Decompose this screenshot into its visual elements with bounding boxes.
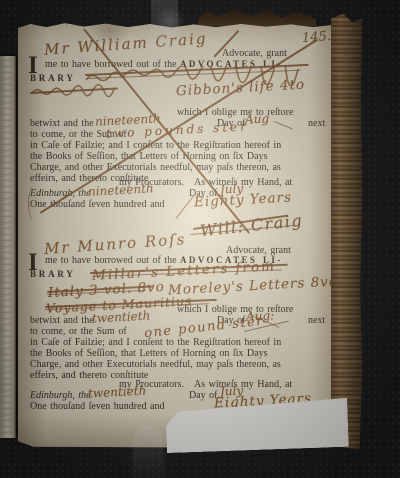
ink-flourish bbox=[176, 195, 195, 219]
printed-betwixt: betwixt and the bbox=[30, 119, 94, 129]
printed-session: the Books of Seſſion, that Letters of Ho… bbox=[30, 349, 267, 359]
borrower-name: Mr William Craig bbox=[44, 31, 208, 57]
printed-next: next bbox=[308, 316, 325, 326]
printed-next: next bbox=[308, 119, 325, 129]
return-day: twentieth bbox=[92, 309, 151, 324]
date-day: nineteenth bbox=[88, 182, 154, 197]
borrower-name: Mr Munro Roſs bbox=[44, 232, 187, 257]
facing-page-edge bbox=[0, 56, 16, 438]
book-title: Gibbon's life 4to bbox=[176, 79, 306, 99]
date-day: twentieth bbox=[88, 384, 147, 399]
printed-session: the Books of Seſſion, that Letters of Ho… bbox=[30, 152, 267, 162]
printed-betwixt: betwixt and the bbox=[30, 316, 94, 326]
margin-bracket bbox=[28, 185, 43, 221]
page-number: 145. bbox=[302, 30, 332, 45]
printed-advocate-grant: Advocate, grant bbox=[222, 49, 287, 59]
printed-charge: Charge, and other Executorials needful, … bbox=[30, 163, 281, 173]
strap-highlight bbox=[152, 4, 188, 40]
date-year: Eighty Years bbox=[194, 191, 293, 210]
printed-library-brary: BRARY bbox=[30, 270, 76, 279]
transparent-strap-bottom bbox=[133, 426, 163, 478]
printed-edinburgh: Edinburgh, the bbox=[30, 391, 91, 401]
printed-failzie: in Caſe of Failzie; and I conſent to the… bbox=[30, 141, 281, 151]
printed-charge: Charge, and other Executorials needful, … bbox=[30, 360, 281, 370]
printed-library-brary: BRARY bbox=[30, 74, 76, 83]
book-photograph: 145. Mr William Craig Advocate, grant I … bbox=[0, 0, 400, 478]
ink-flourish bbox=[274, 121, 293, 130]
book-title: Moreley's Letters 8vo bbox=[168, 276, 339, 298]
printed-one-thousand: One thouſand ſeven hundred and bbox=[30, 402, 165, 412]
printed-oblige: which I oblige me to reſtore bbox=[177, 305, 293, 315]
printed-failzie: in Caſe of Failzie; and I conſent to the… bbox=[30, 338, 281, 348]
receipt-page: 145. Mr William Craig Advocate, grant I … bbox=[18, 22, 332, 448]
book-fore-edge bbox=[331, 14, 362, 450]
printed-sum-line: to come, or the Sum of bbox=[30, 327, 127, 337]
